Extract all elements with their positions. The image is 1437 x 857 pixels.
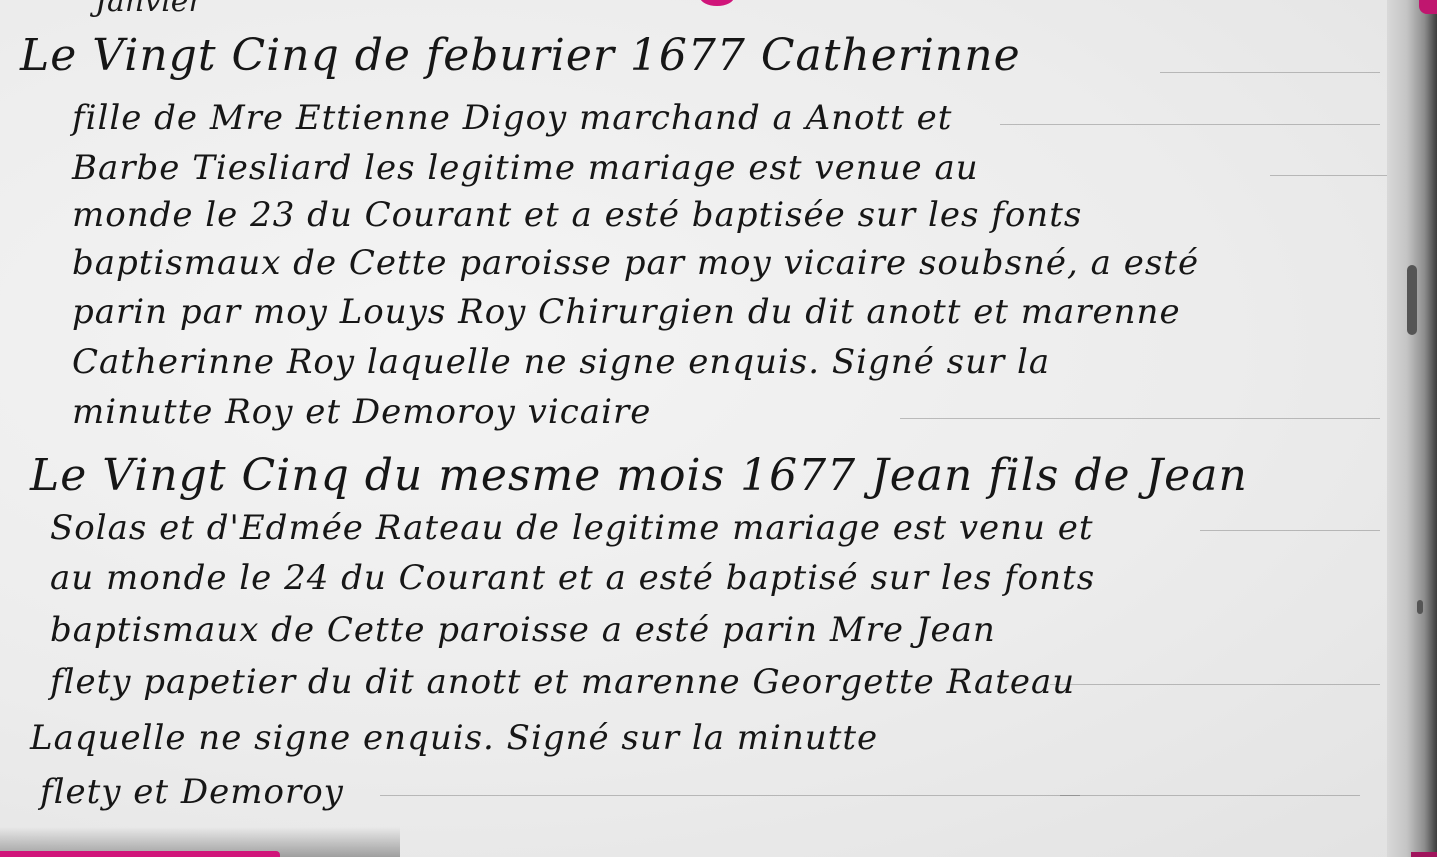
viewer-accent-top bbox=[700, 0, 734, 6]
entry-line: Solas et d'Edmée Rateau de legitime mari… bbox=[50, 508, 1094, 548]
ruled-line bbox=[1060, 795, 1360, 796]
viewer-accent-bottom-right bbox=[1411, 852, 1437, 857]
entry-line: Laquelle ne signe enquis. Signé sur la m… bbox=[30, 718, 878, 758]
binding-shadow bbox=[1407, 265, 1417, 335]
header-fragment: Janvier bbox=[95, 0, 203, 19]
viewer-accent-bottom bbox=[0, 851, 280, 857]
entry-line: Catherinne Roy laquelle ne signe enquis.… bbox=[72, 342, 1050, 382]
entry-heading: Le Vingt Cinq de feburier 1677 Catherinn… bbox=[20, 30, 1021, 81]
entry-line: minutte Roy et Demoroy vicaire bbox=[72, 392, 651, 432]
entry-line: baptismaux de Cette paroisse par moy vic… bbox=[72, 243, 1199, 283]
ruled-line bbox=[1200, 530, 1380, 531]
ruled-line bbox=[1270, 175, 1390, 176]
entry-line: baptismaux de Cette paroisse a esté pari… bbox=[50, 610, 996, 650]
entry-line: au monde le 24 du Courant et a esté bapt… bbox=[50, 558, 1095, 598]
register-page: Janvier Le Vingt Cinq de feburier 1677 C… bbox=[0, 0, 1437, 857]
viewer-accent-top-right bbox=[1419, 0, 1437, 14]
entry-line: monde le 23 du Courant et a esté baptisé… bbox=[72, 195, 1082, 235]
entry-line: fille de Mre Ettienne Digoy marchand a A… bbox=[72, 98, 952, 138]
entry-line: flety et Demoroy bbox=[40, 772, 344, 812]
page-binding-gutter bbox=[1387, 0, 1437, 857]
binding-shadow bbox=[1417, 600, 1423, 614]
entry-line: Barbe Tiesliard les legitime mariage est… bbox=[72, 148, 979, 188]
ruled-line bbox=[1050, 684, 1380, 685]
ruled-line bbox=[900, 418, 1380, 419]
ruled-line bbox=[380, 795, 1080, 796]
entry-line: flety papetier du dit anott et marenne G… bbox=[50, 662, 1075, 702]
ruled-line bbox=[1000, 124, 1380, 125]
ruled-line bbox=[1160, 72, 1380, 73]
entry-line: parin par moy Louys Roy Chirurgien du di… bbox=[72, 292, 1181, 332]
entry-heading: Le Vingt Cinq du mesme mois 1677 Jean fi… bbox=[30, 450, 1248, 501]
